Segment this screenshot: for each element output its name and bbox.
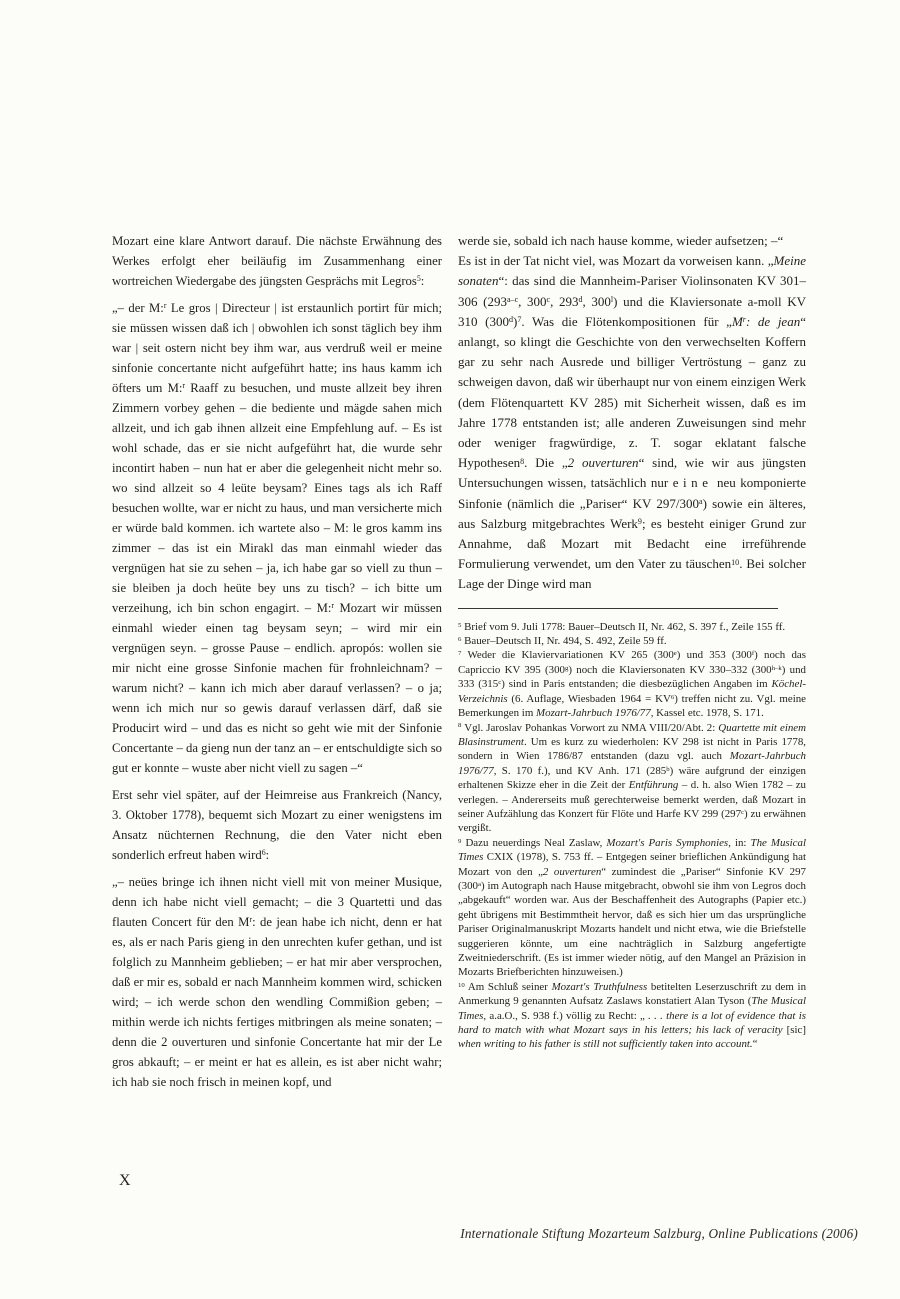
footnote-marker: 6	[458, 636, 461, 643]
footnote-marker: 8	[458, 722, 461, 729]
footnote-separator	[458, 608, 778, 609]
page-number: X	[119, 1172, 131, 1190]
footnote: 10 Am Schluß seiner Mozart's Truthfulnes…	[458, 980, 806, 1052]
paragraph: werde sie, sobald ich nach hause komme, …	[458, 231, 806, 251]
footnote: 7 Weder die Klaviervariationen KV 265 (3…	[458, 648, 806, 720]
footnotes: 5 Brief vom 9. Juli 1778: Bauer–Deutsch …	[458, 620, 806, 1052]
footnote: 8 Vgl. Jaroslav Pohankas Vorwort zu NMA …	[458, 721, 806, 836]
paragraph: Erst sehr viel später, auf der Heimreise…	[112, 785, 442, 865]
right-column-main: werde sie, sobald ich nach hause komme, …	[458, 231, 806, 595]
document-page: Mozart eine klare Antwort darauf. Die nä…	[0, 0, 900, 1299]
paragraph: Mozart eine klare Antwort darauf. Die nä…	[112, 231, 442, 291]
footnote-marker: 9	[458, 838, 461, 845]
right-column: werde sie, sobald ich nach hause komme, …	[458, 231, 806, 1052]
footnote: 9 Dazu neuerdings Neal Zaslaw, Mozart's …	[458, 836, 806, 980]
footnote: 6 Bauer–Deutsch II, Nr. 494, S. 492, Zei…	[458, 634, 806, 648]
footnote-marker: 5	[458, 622, 461, 629]
footnote: 5 Brief vom 9. Juli 1778: Bauer–Deutsch …	[458, 620, 806, 634]
paragraph: „– neües bringe ich ihnen nicht viell mi…	[112, 872, 442, 1092]
paragraph: „– der M:r Le gros | Directeur | ist ers…	[112, 298, 442, 778]
footnote-marker: 7	[458, 650, 461, 657]
left-column: Mozart eine klare Antwort darauf. Die nä…	[112, 231, 442, 1092]
paragraph: Es ist in der Tat nicht viel, was Mozart…	[458, 251, 806, 594]
footnote-marker: 10	[458, 982, 465, 989]
footer-credit: Internationale Stiftung Mozarteum Salzbu…	[460, 1226, 858, 1242]
